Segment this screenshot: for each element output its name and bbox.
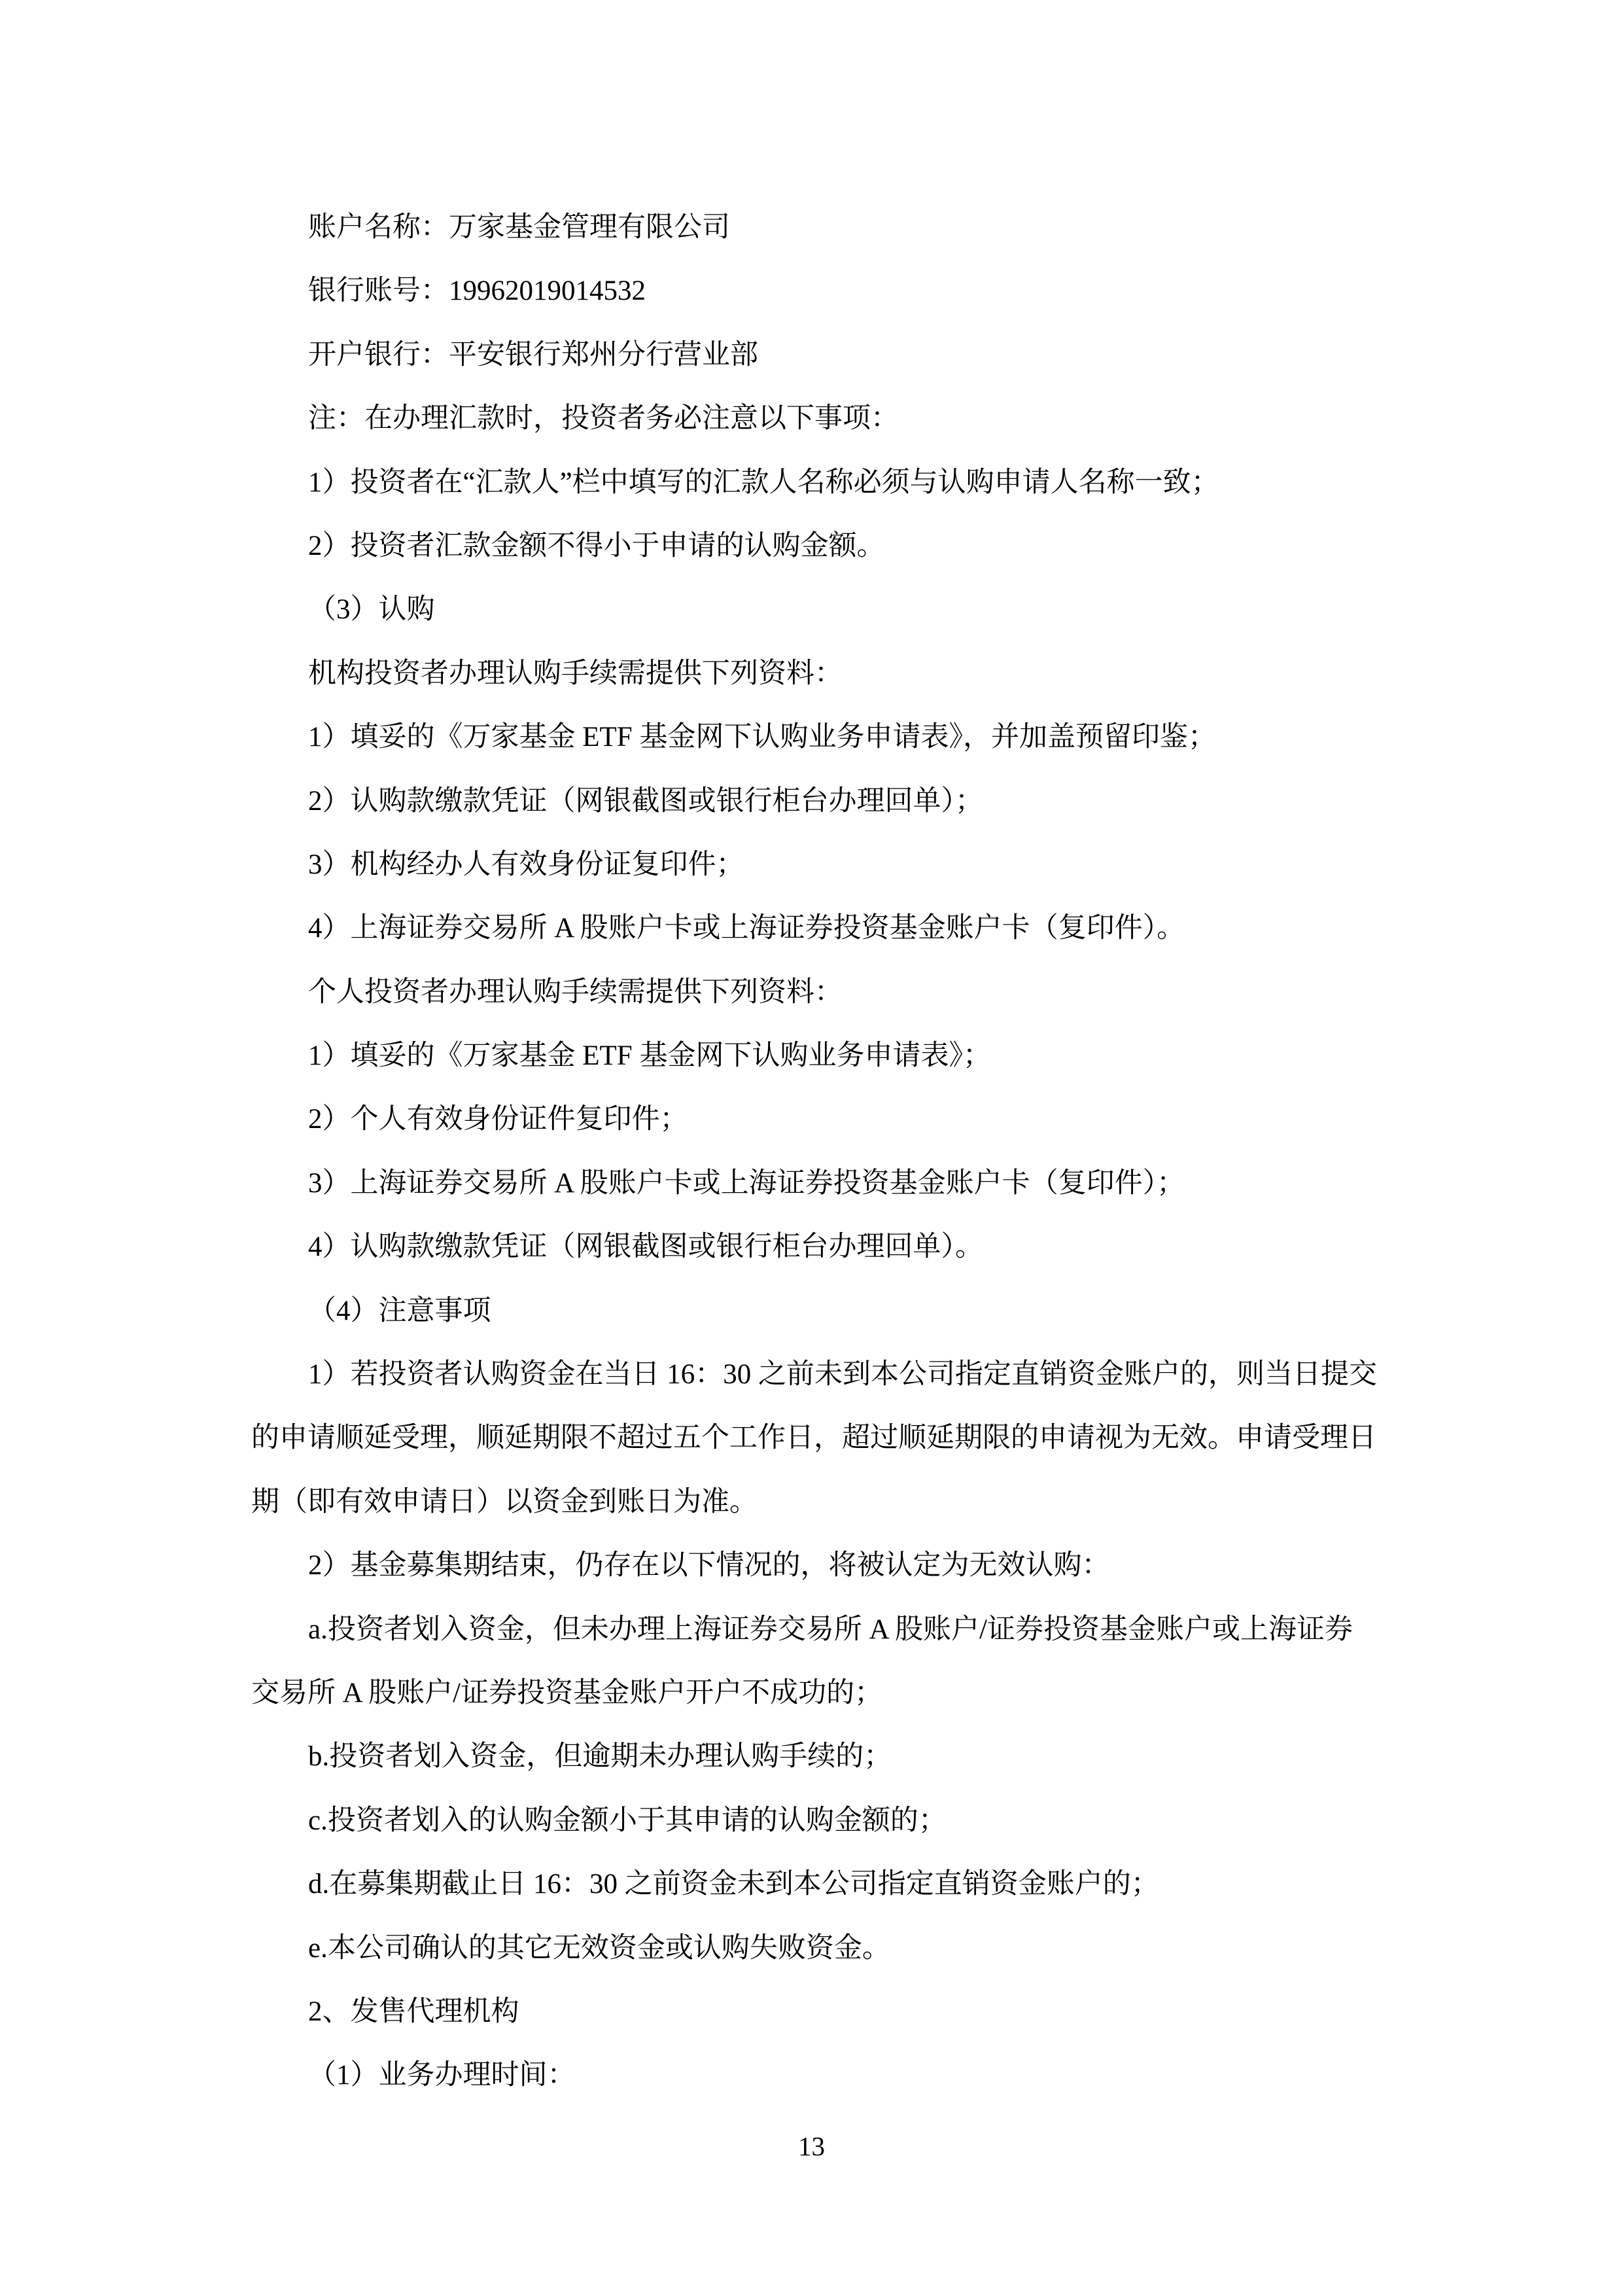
document-body: 账户名称：万家基金管理有限公司银行账号：19962019014532开户银行：平… [251, 196, 1403, 2108]
document-line-8: 机构投资者办理认购手续需提供下列资料： [251, 642, 1403, 705]
document-line-26: c.投资者划入的认购金额小于其申请的认购金额的； [251, 1789, 1403, 1852]
document-line-18: （4）注意事项 [251, 1279, 1403, 1343]
document-line-13: 个人投资者办理认购手续需提供下列资料： [251, 961, 1403, 1024]
document-line-22: 2）基金募集期结束，仍存在以下情况的，将被认定为无效认购： [251, 1534, 1403, 1597]
document-line-11: 3）机构经办人有效身份证复印件； [251, 833, 1403, 896]
document-line-28: e.本公司确认的其它无效资金或认购失败资金。 [251, 1916, 1403, 1980]
document-line-2: 银行账号：19962019014532 [251, 259, 1403, 323]
document-line-30: （1）业务办理时间： [251, 2043, 1403, 2107]
document-line-5: 1）投资者在“汇款人”栏中填写的汇款人名称必须与认购申请人名称一致； [251, 451, 1403, 514]
page-number: 13 [0, 2120, 1623, 2172]
document-line-6: 2）投资者汇款金额不得小于申请的认购金额。 [251, 514, 1403, 578]
document-line-12: 4）上海证券交易所 A 股账户卡或上海证券投资基金账户卡（复印件）。 [251, 896, 1403, 960]
document-line-25: b.投资者划入资金，但逾期未办理认购手续的； [251, 1725, 1403, 1788]
document-line-4: 注：在办理汇款时，投资者务必注意以下事项： [251, 387, 1403, 450]
document-line-14: 1）填妥的《万家基金 ETF 基金网下认购业务申请表》； [251, 1024, 1403, 1087]
document-line-10: 2）认购款缴款凭证（网银截图或银行柜台办理回单）； [251, 769, 1403, 833]
document-line-29: 2、发售代理机构 [251, 1980, 1403, 2043]
document-page: 账户名称：万家基金管理有限公司银行账号：19962019014532开户银行：平… [0, 0, 1623, 2296]
document-line-15: 2）个人有效身份证件复印件； [251, 1087, 1403, 1151]
document-line-9: 1）填妥的《万家基金 ETF 基金网下认购业务申请表》，并加盖预留印鉴； [251, 705, 1403, 769]
document-line-21: 期（即有效申请日）以资金到账日为准。 [251, 1470, 1403, 1534]
document-line-24: 交易所 A 股账户/证券投资基金账户开户不成功的； [251, 1661, 1403, 1725]
document-line-23: a.投资者划入资金，但未办理上海证券交易所 A 股账户/证券投资基金账户或上海证… [251, 1598, 1403, 1661]
document-line-20: 的申请顺延受理，顺延期限不超过五个工作日，超过顺延期限的申请视为无效。申请受理日 [251, 1406, 1403, 1470]
document-line-19: 1）若投资者认购资金在当日 16：30 之前未到本公司指定直销资金账户的，则当日… [251, 1343, 1403, 1406]
document-line-17: 4）认购款缴款凭证（网银截图或银行柜台办理回单）。 [251, 1215, 1403, 1279]
document-line-27: d.在募集期截止日 16：30 之前资金未到本公司指定直销资金账户的； [251, 1852, 1403, 1916]
document-line-7: （3）认购 [251, 578, 1403, 641]
document-line-16: 3）上海证券交易所 A 股账户卡或上海证券投资基金账户卡（复印件）； [251, 1152, 1403, 1215]
document-line-1: 账户名称：万家基金管理有限公司 [251, 196, 1403, 259]
document-line-3: 开户银行：平安银行郑州分行营业部 [251, 323, 1403, 387]
